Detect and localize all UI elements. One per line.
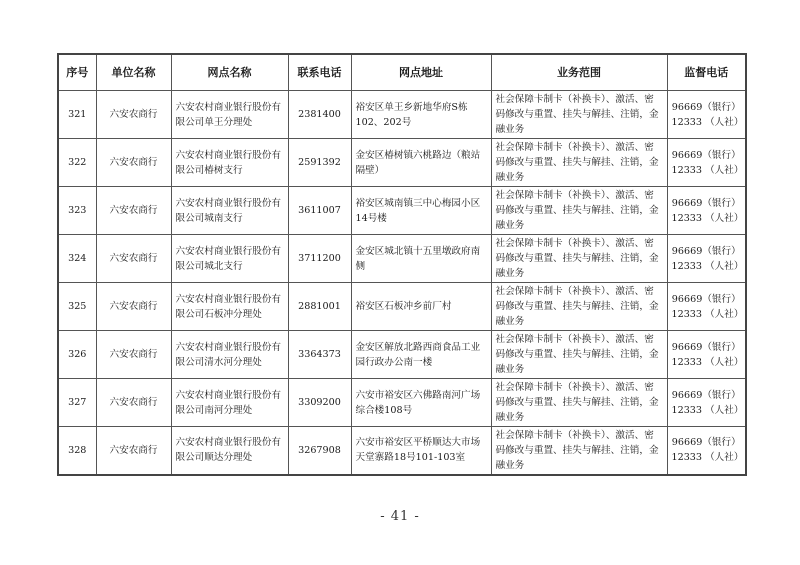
service-outlet-table: 序号 单位名称 网点名称 联系电话 网点地址 业务范围 监督电话 321 六安农… (57, 53, 747, 476)
cell-supervision: 96669（银行） 12333 （人社） (667, 379, 746, 427)
supervision-bank-phone: 96669（银行） (672, 340, 742, 355)
header-unit-name: 单位名称 (96, 54, 171, 91)
cell-scope: 社会保障卡制卡（补换卡）、激活、密码修改与重置、挂失与解挂、注销，金融业务 (491, 91, 667, 139)
supervision-hrss-phone: 12333 （人社） (672, 403, 742, 418)
cell-branch: 六安农村商业银行股份有限公司椿树支行 (171, 139, 288, 187)
document-page: 序号 单位名称 网点名称 联系电话 网点地址 业务范围 监督电话 321 六安农… (0, 0, 800, 565)
cell-address: 裕安区城南镇三中心梅园小区14号楼 (351, 187, 491, 235)
cell-unit: 六安农商行 (96, 379, 171, 427)
cell-phone: 3267908 (288, 427, 351, 475)
supervision-hrss-phone: 12333 （人社） (672, 163, 742, 178)
cell-address: 六安市裕安区平桥顺达大市场天堂寨路18号101-103室 (351, 427, 491, 475)
cell-branch: 六安农村商业银行股份有限公司单王分理处 (171, 91, 288, 139)
supervision-bank-phone: 96669（银行） (672, 244, 742, 259)
cell-seq: 327 (58, 379, 96, 427)
cell-supervision: 96669（银行） 12333 （人社） (667, 427, 746, 475)
cell-unit: 六安农商行 (96, 187, 171, 235)
cell-scope: 社会保障卡制卡（补换卡）、激活、密码修改与重置、挂失与解挂、注销，金融业务 (491, 283, 667, 331)
supervision-hrss-phone: 12333 （人社） (672, 259, 742, 274)
cell-address: 金安区城北镇十五里墩政府南侧 (351, 235, 491, 283)
table-row: 328 六安农商行 六安农村商业银行股份有限公司顺达分理处 3267908 六安… (58, 427, 746, 475)
supervision-bank-phone: 96669（银行） (672, 435, 742, 450)
cell-phone: 3364373 (288, 331, 351, 379)
cell-scope: 社会保障卡制卡（补换卡）、激活、密码修改与重置、挂失与解挂、注销，金融业务 (491, 379, 667, 427)
header-branch-address: 网点地址 (351, 54, 491, 91)
cell-phone: 3309200 (288, 379, 351, 427)
cell-phone: 2381400 (288, 91, 351, 139)
table-header-row: 序号 单位名称 网点名称 联系电话 网点地址 业务范围 监督电话 (58, 54, 746, 91)
supervision-bank-phone: 96669（银行） (672, 388, 742, 403)
header-seq: 序号 (58, 54, 96, 91)
table-row: 323 六安农商行 六安农村商业银行股份有限公司城南支行 3611007 裕安区… (58, 187, 746, 235)
table-row: 327 六安农商行 六安农村商业银行股份有限公司南河分理处 3309200 六安… (58, 379, 746, 427)
cell-phone: 2881001 (288, 283, 351, 331)
cell-unit: 六安农商行 (96, 139, 171, 187)
header-supervision-phone: 监督电话 (667, 54, 746, 91)
cell-supervision: 96669（银行） 12333 （人社） (667, 235, 746, 283)
cell-supervision: 96669（银行） 12333 （人社） (667, 139, 746, 187)
cell-branch: 六安农村商业银行股份有限公司顺达分理处 (171, 427, 288, 475)
cell-branch: 六安农村商业银行股份有限公司南河分理处 (171, 379, 288, 427)
cell-unit: 六安农商行 (96, 427, 171, 475)
cell-phone: 3711200 (288, 235, 351, 283)
cell-seq: 322 (58, 139, 96, 187)
cell-seq: 321 (58, 91, 96, 139)
cell-address: 金安区椿树镇六桃路边（粮站隔壁） (351, 139, 491, 187)
cell-seq: 328 (58, 427, 96, 475)
cell-scope: 社会保障卡制卡（补换卡）、激活、密码修改与重置、挂失与解挂、注销，金融业务 (491, 427, 667, 475)
cell-supervision: 96669（银行） 12333 （人社） (667, 283, 746, 331)
table-row: 325 六安农商行 六安农村商业银行股份有限公司石板冲分理处 2881001 裕… (58, 283, 746, 331)
cell-supervision: 96669（银行） 12333 （人社） (667, 331, 746, 379)
table-row: 326 六安农商行 六安农村商业银行股份有限公司清水河分理处 3364373 金… (58, 331, 746, 379)
cell-address: 裕安区单王乡新地华府S栋102、202号 (351, 91, 491, 139)
table-row: 321 六安农商行 六安农村商业银行股份有限公司单王分理处 2381400 裕安… (58, 91, 746, 139)
table-row: 324 六安农商行 六安农村商业银行股份有限公司城北支行 3711200 金安区… (58, 235, 746, 283)
cell-address: 六安市裕安区六佛路南河广场综合楼108号 (351, 379, 491, 427)
cell-seq: 325 (58, 283, 96, 331)
cell-phone: 2591392 (288, 139, 351, 187)
supervision-bank-phone: 96669（银行） (672, 292, 742, 307)
cell-scope: 社会保障卡制卡（补换卡）、激活、密码修改与重置、挂失与解挂、注销，金融业务 (491, 187, 667, 235)
cell-scope: 社会保障卡制卡（补换卡）、激活、密码修改与重置、挂失与解挂、注销，金融业务 (491, 235, 667, 283)
cell-address: 裕安区石板冲乡前厂村 (351, 283, 491, 331)
header-branch-name: 网点名称 (171, 54, 288, 91)
cell-address: 金安区解放北路西商食品工业园行政办公南一楼 (351, 331, 491, 379)
header-business-scope: 业务范围 (491, 54, 667, 91)
supervision-hrss-phone: 12333 （人社） (672, 355, 742, 370)
cell-branch: 六安农村商业银行股份有限公司石板冲分理处 (171, 283, 288, 331)
supervision-hrss-phone: 12333 （人社） (672, 307, 742, 322)
header-contact-phone: 联系电话 (288, 54, 351, 91)
supervision-bank-phone: 96669（银行） (672, 148, 742, 163)
supervision-bank-phone: 96669（银行） (672, 100, 742, 115)
cell-scope: 社会保障卡制卡（补换卡）、激活、密码修改与重置、挂失与解挂、注销，金融业务 (491, 331, 667, 379)
cell-branch: 六安农村商业银行股份有限公司城南支行 (171, 187, 288, 235)
cell-supervision: 96669（银行） 12333 （人社） (667, 187, 746, 235)
cell-supervision: 96669（银行） 12333 （人社） (667, 91, 746, 139)
supervision-hrss-phone: 12333 （人社） (672, 211, 742, 226)
supervision-hrss-phone: 12333 （人社） (672, 115, 742, 130)
cell-seq: 323 (58, 187, 96, 235)
cell-unit: 六安农商行 (96, 283, 171, 331)
page-number: - 41 - (0, 509, 800, 524)
cell-branch: 六安农村商业银行股份有限公司清水河分理处 (171, 331, 288, 379)
cell-seq: 324 (58, 235, 96, 283)
cell-unit: 六安农商行 (96, 91, 171, 139)
cell-branch: 六安农村商业银行股份有限公司城北支行 (171, 235, 288, 283)
supervision-bank-phone: 96669（银行） (672, 196, 742, 211)
cell-unit: 六安农商行 (96, 331, 171, 379)
cell-scope: 社会保障卡制卡（补换卡）、激活、密码修改与重置、挂失与解挂、注销，金融业务 (491, 139, 667, 187)
cell-seq: 326 (58, 331, 96, 379)
cell-unit: 六安农商行 (96, 235, 171, 283)
cell-phone: 3611007 (288, 187, 351, 235)
table-row: 322 六安农商行 六安农村商业银行股份有限公司椿树支行 2591392 金安区… (58, 139, 746, 187)
supervision-hrss-phone: 12333 （人社） (672, 450, 742, 465)
